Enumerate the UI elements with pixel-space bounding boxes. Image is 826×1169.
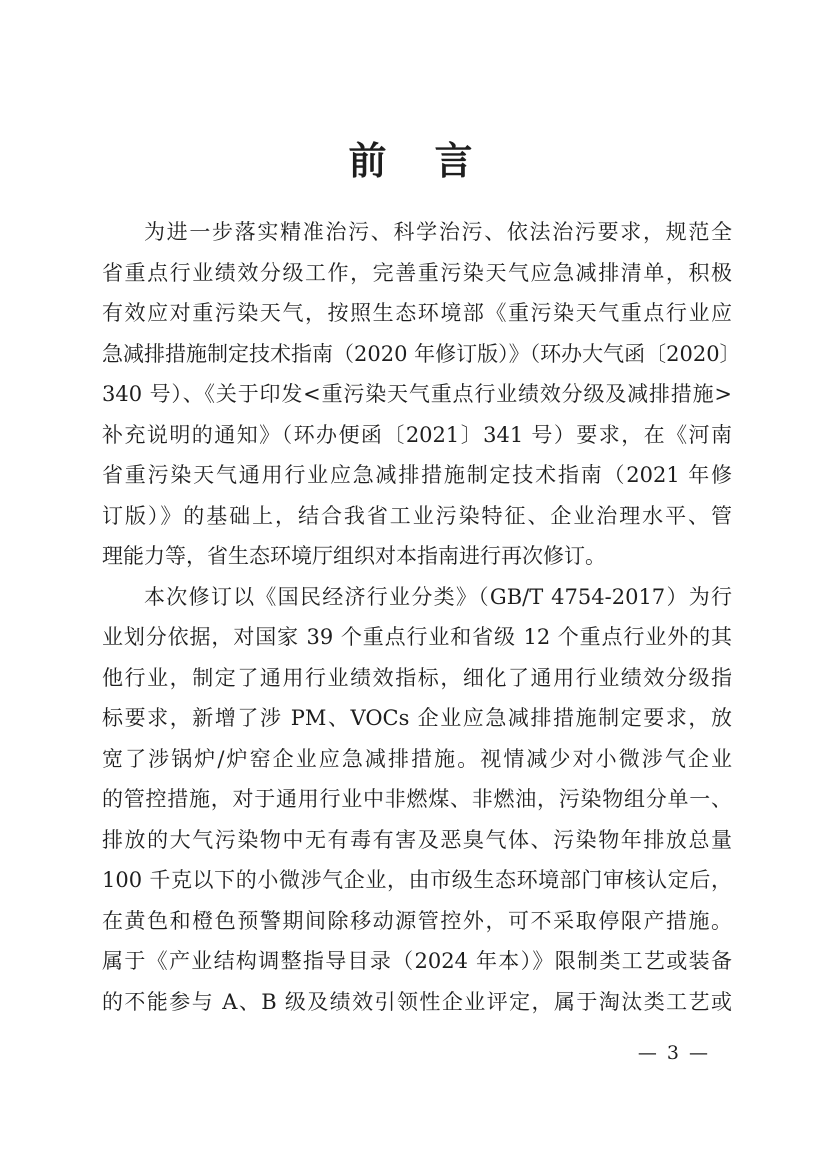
page-title: 前 言 (0, 136, 826, 186)
text-line-p1-8: 订版）》的基础上，结合我省工业污染特征、企业治理水平、管 (102, 496, 732, 537)
text-line-p2-8: 100 千克以下的小微涉气企业，由市级生态环境部门审核认定后， (102, 860, 732, 901)
page-number: — 3 — (638, 1042, 710, 1064)
text-line-p2-11: 的不能参与 A、B 级及绩效引领性企业评定，属于淘汰类工艺或 (102, 982, 732, 1023)
text-line-p2-2: 业划分依据，对国家 39 个重点行业和省级 12 个重点行业外的其 (102, 617, 732, 658)
text-line-p1-2: 省重点行业绩效分级工作，完善重污染天气应急减排清单，积极 (102, 253, 732, 294)
text-line-p2-6: 的管控措施，对于通用行业中非燃煤、非燃油，污染物组分单一、 (102, 779, 732, 820)
text-line-p2-9: 在黄色和橙色预警期间除移动源管控外，可不采取停限产措施。 (102, 901, 732, 942)
text-line-p1-9: 理能力等，省生态环境厅组织对本指南进行再次修订。 (102, 536, 732, 577)
text-line-p2-5: 宽了涉锅炉/炉窑企业应急减排措施。视情减少对小微涉气企业 (102, 739, 732, 780)
page-footer: — 3 — (102, 1040, 732, 1066)
text-line-p1-5: 340 号）、《关于印发<重污染天气重点行业绩效分级及减排措施> (102, 374, 732, 415)
text-line-p1-7: 省重污染天气通用行业应急减排措施制定技术指南（2021 年修 (102, 455, 732, 496)
text-line-p1-3: 有效应对重污染天气，按照生态环境部《重污染天气重点行业应 (102, 293, 732, 334)
text-line-p2-3: 他行业，制定了通用行业绩效指标，细化了通用行业绩效分级指 (102, 658, 732, 699)
document-body: 为进一步落实精准治污、科学治污、依法治污要求，规范全省重点行业绩效分级工作，完善… (102, 212, 732, 1022)
text-line-p2-1: 本次修订以《国民经济行业分类》（GB/T 4754-2017）为行 (102, 577, 732, 618)
text-line-p2-7: 排放的大气污染物中无有毒有害及恶臭气体、污染物年排放总量 (102, 820, 732, 861)
text-line-p1-1: 为进一步落实精准治污、科学治污、依法治污要求，规范全 (102, 212, 732, 253)
text-line-p1-6: 补充说明的通知》（环办便函〔2021〕341 号）要求，在《河南 (102, 415, 732, 456)
document-page: 前 言 为进一步落实精准治污、科学治污、依法治污要求，规范全省重点行业绩效分级工… (0, 0, 826, 1169)
text-line-p1-4: 急减排措施制定技术指南（2020 年修订版）》（环办大气函〔2020〕 (102, 334, 732, 375)
text-line-p2-4: 标要求，新增了涉 PM、VOCs 企业应急减排措施制定要求，放 (102, 698, 732, 739)
text-line-p2-10: 属于《产业结构调整指导目录（2024 年本）》限制类工艺或装备 (102, 941, 732, 982)
